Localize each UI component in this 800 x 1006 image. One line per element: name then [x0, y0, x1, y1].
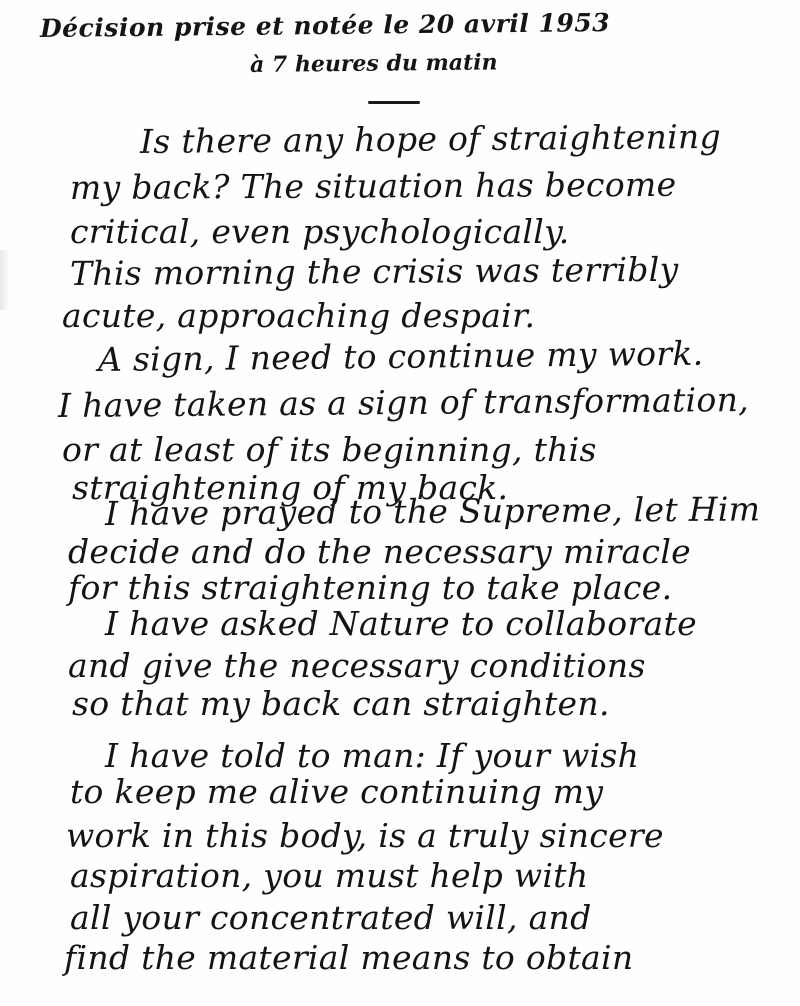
- manuscript-line: I have asked Nature to collaborate: [105, 604, 697, 643]
- header-date-line: Décision prise et notée le 20 avril 1953: [40, 8, 610, 43]
- manuscript-line: critical, even psychologically.: [70, 212, 569, 251]
- manuscript-line: or at least of its beginning, this: [62, 430, 597, 469]
- page-edge-shadow: [0, 250, 10, 310]
- manuscript-line: aspiration, you must help with: [70, 856, 588, 895]
- manuscript-line: and give the necessary conditions: [68, 646, 646, 685]
- manuscript-line: acute, approaching despair.: [62, 296, 535, 335]
- manuscript-line: This morning the crisis was terribly: [70, 250, 679, 293]
- manuscript-line: I have prayed to the Supreme, let Him: [105, 489, 761, 533]
- manuscript-line: decide and do the necessary miracle: [68, 532, 691, 571]
- manuscript-line: work in this body, is a truly sincere: [66, 816, 664, 855]
- manuscript-line: Is there any hope of straightening: [140, 117, 721, 161]
- header-time-line: à 7 heures du matin: [250, 49, 498, 78]
- manuscript-page: Décision prise et notée le 20 avril 1953…: [0, 0, 800, 1006]
- section-divider: [368, 101, 420, 104]
- manuscript-line: for this straightening to take place.: [68, 568, 672, 607]
- manuscript-line: all your concentrated will, and: [70, 898, 592, 937]
- manuscript-line: to keep me alive continuing my: [70, 772, 603, 811]
- manuscript-line: I have taken as a sign of transformation…: [58, 380, 749, 425]
- manuscript-line: I have told to man: If your wish: [105, 736, 639, 775]
- manuscript-line: find the material means to obtain: [64, 938, 633, 977]
- manuscript-line: A sign, I need to continue my work.: [98, 334, 704, 379]
- manuscript-line: so that my back can straighten.: [72, 684, 610, 723]
- manuscript-line: my back? The situation has become: [70, 165, 677, 207]
